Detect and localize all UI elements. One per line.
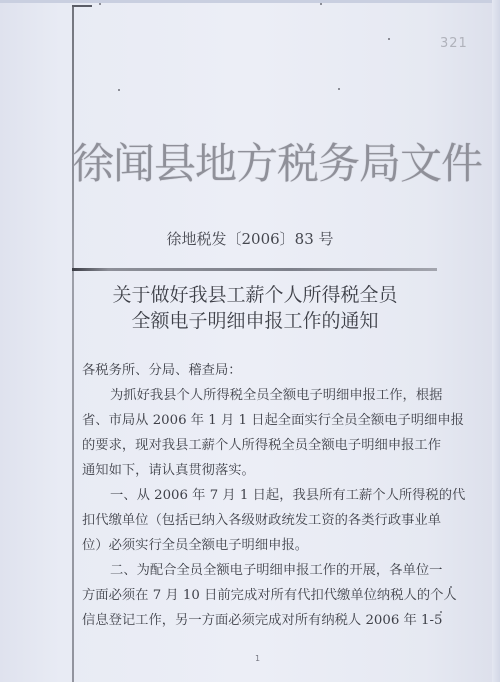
notice-subject: 关于做好我县工薪个人所得税全员 全额电子明细申报工作的通知 [80, 282, 430, 334]
archive-page-stamp: 321 [440, 36, 468, 51]
margin-corner-mark [72, 5, 92, 7]
paragraph-line: 信息登记工作，另一方面必须完成对所有纳税人 2006 年 1-5 [82, 608, 457, 633]
paragraph-line: 的要求，现对我县工薪个人所得税全员全额电子明细申报工作 [82, 433, 457, 458]
scan-speck [338, 88, 340, 90]
salutation: 各税务所、分局、稽查局： [82, 358, 457, 383]
paragraph-line: 方面必须在 7 月 10 日前完成对所有代扣代缴单位纳税人的个人 [82, 583, 457, 608]
notice-body: 各税务所、分局、稽查局： 为抓好我县个人所得税全员全额电子明细申报工作，根据 省… [82, 358, 457, 633]
subject-line: 全额电子明细申报工作的通知 [80, 308, 430, 334]
paragraph-line: 扣代缴单位（包括已纳入各级财政统发工资的各类行政事业单 [82, 508, 457, 533]
document-header-title: 徐闻县地方税务局文件 [72, 136, 452, 192]
paragraph-line: 省、市局从 2006 年 1 月 1 日起全面实行全员全额电子明细申报 [82, 408, 457, 433]
scan-speck [118, 89, 120, 91]
scan-speck [99, 3, 101, 5]
scan-speck [320, 3, 322, 5]
page-number: 1 [255, 654, 260, 663]
paragraph-line: 为抓好我县个人所得税全员全额电子明细申报工作，根据 [82, 383, 457, 408]
scanned-document-page: 321 徐闻县地方税务局文件 徐地税发〔2006〕83 号 关于做好我县工薪个人… [0, 0, 500, 682]
paragraph-line: 通知如下，请认真贯彻落实。 [82, 458, 457, 483]
document-reference-number: 徐地税发〔2006〕83 号 [150, 228, 350, 249]
paragraph-line: 二、为配合全员全额电子明细申报工作的开展，各单位一 [82, 558, 457, 583]
binding-margin-line [72, 5, 74, 682]
scan-speck [388, 38, 390, 40]
header-divider-rule [72, 268, 437, 271]
page-top-edge [0, 0, 500, 3]
subject-line: 关于做好我县工薪个人所得税全员 [80, 282, 430, 308]
paragraph-line: 位）必须实行全员全额电子明细申报。 [82, 533, 457, 558]
paragraph-line: 一、从 2006 年 7 月 1 日起，我县所有工薪个人所得税的代 [82, 483, 457, 508]
page-right-edge [492, 0, 500, 682]
